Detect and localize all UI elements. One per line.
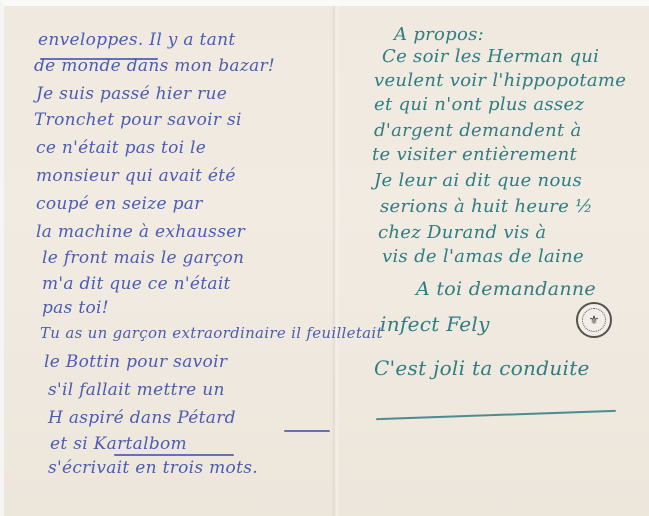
- letter-line: vis de l'amas de laine: [382, 246, 584, 267]
- letter-line: Je suis passé hier rue: [36, 84, 227, 104]
- underline-stroke: [114, 454, 234, 456]
- underline-stroke: [284, 430, 330, 432]
- letter-line: serions à huit heure ½: [380, 196, 593, 217]
- letter-line: le front mais le garçon: [42, 248, 244, 268]
- letter-line: de monde dans mon bazar!: [34, 56, 275, 76]
- letter-sheet: enveloppes. Il y a tant de monde dans mo…: [0, 0, 649, 516]
- letter-line: s'écrivait en trois mots.: [48, 458, 258, 478]
- letter-line: ce n'était pas toi le: [36, 138, 206, 158]
- letter-line: te visiter entièrement: [372, 144, 577, 165]
- letter-line: et qui n'ont plus assez: [374, 94, 584, 115]
- letter-line: Ce soir les Herman qui: [382, 46, 599, 67]
- letter-line: H aspiré dans Pétard: [48, 408, 236, 428]
- letter-line: pas toi!: [42, 298, 109, 318]
- letter-line: A toi demandanne: [416, 278, 596, 300]
- letter-line: Je leur ai dit que nous: [374, 170, 582, 191]
- letter-line: Tronchet pour savoir si: [34, 110, 242, 130]
- letter-line: C'est joli ta conduite: [374, 356, 590, 380]
- letter-line: et si Kartalbom: [50, 434, 187, 454]
- letter-line: m'a dit que ce n'était: [42, 274, 231, 294]
- letter-line: le Bottin pour savoir: [44, 352, 227, 372]
- letter-line: A propos:: [394, 24, 484, 45]
- letter-line: la machine à exhausser: [36, 222, 245, 242]
- closing-flourish: [376, 410, 616, 420]
- letter-line: Tu as un garçon extraordinaire il feuill…: [40, 324, 383, 342]
- letter-line: d'argent demandent à: [374, 120, 582, 141]
- fleur-de-lis-icon: ⚜: [582, 308, 606, 332]
- letter-line: chez Durand vis à: [378, 222, 546, 243]
- signature-line: infect Fely: [380, 312, 490, 336]
- letter-line: enveloppes. Il y a tant: [38, 30, 235, 50]
- library-stamp: ⚜: [576, 302, 612, 338]
- letter-line: coupé en seize par: [36, 194, 203, 214]
- letter-line: s'il fallait mettre un: [48, 380, 225, 400]
- letter-line: veulent voir l'hippopotame: [374, 70, 626, 91]
- letter-line: monsieur qui avait été: [36, 166, 236, 186]
